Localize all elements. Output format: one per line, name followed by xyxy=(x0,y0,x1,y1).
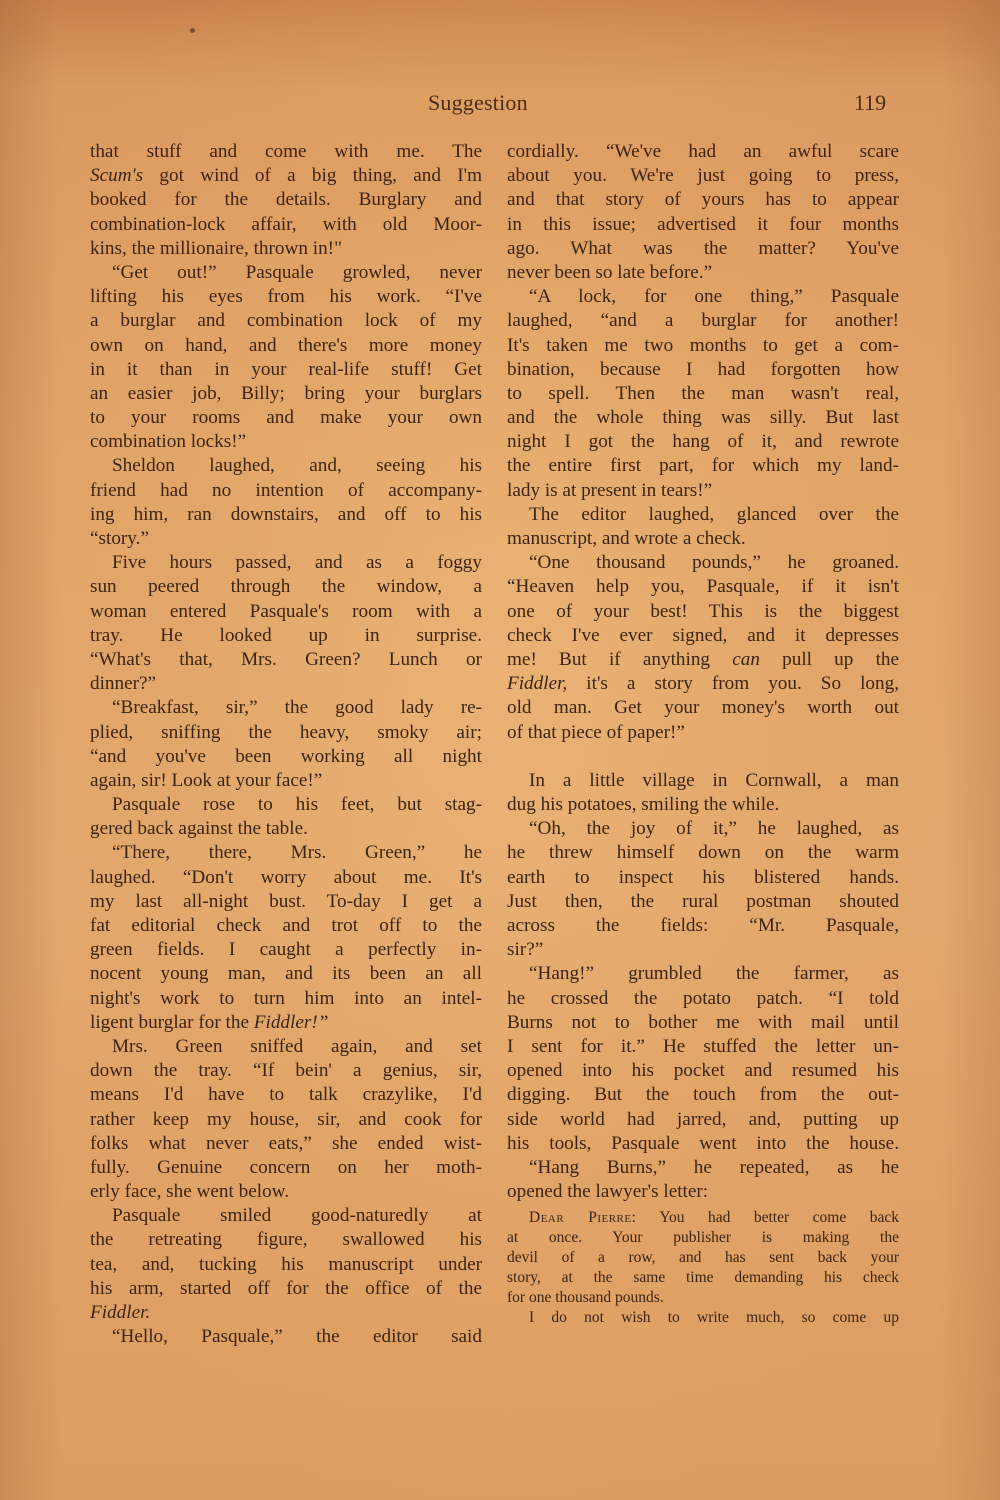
text-line: erly face, she went below. xyxy=(90,1180,482,1204)
text-line: in it than in your real-life stuff! Get xyxy=(90,358,482,382)
text-line: opened the lawyer's letter: xyxy=(507,1180,899,1204)
text-line: laughed, “and a burglar for another! xyxy=(507,309,899,333)
text-line: tea, and, tucking his manuscript under xyxy=(90,1253,482,1277)
text-line: Just then, the rural postman shouted xyxy=(507,890,899,914)
text-line: kins, the millionaire, thrown in!" xyxy=(90,237,482,261)
paragraph-start: “A lock, for one thing,” Pasquale xyxy=(507,285,899,309)
text-line: digging. But the touch from the out- xyxy=(507,1083,899,1107)
text-span: got wind of a big thing, and I'm xyxy=(159,165,482,186)
text-line: booked for the details. Burglary and xyxy=(90,188,482,212)
text-line: green fields. I caught a perfectly in- xyxy=(90,938,482,962)
text-line: laughed. “Don't worry about me. It's xyxy=(90,866,482,890)
text-line: lifting his eyes from his work. “I've xyxy=(90,285,482,309)
text-line: of that piece of paper!” xyxy=(507,721,899,745)
paragraph-start: “Hello, Pasquale,” the editor said xyxy=(90,1325,482,1349)
right-column: cordially. “We've had an awful scare abo… xyxy=(507,140,899,1328)
letter-line: story, at the same time demanding his ch… xyxy=(507,1268,899,1288)
paragraph-start: “One thousand pounds,” he groaned. xyxy=(507,551,899,575)
letter-line: I do not wish to write much, so come up xyxy=(507,1308,899,1328)
text-span: it's a story from you. So long, xyxy=(586,673,899,694)
letter-line: for one thousand pounds. xyxy=(507,1288,899,1308)
text-line: fat editorial check and trot off to the xyxy=(90,914,482,938)
paragraph-start: “Hang Burns,” he repeated, as he xyxy=(507,1156,899,1180)
text-line: ago. What was the matter? You've xyxy=(507,237,899,261)
text-line: the retreating figure, swallowed his xyxy=(90,1228,482,1252)
paragraph-start: “Breakfast, sir,” the good lady re- xyxy=(90,696,482,720)
text-line: side world had jarred, and, putting up xyxy=(507,1108,899,1132)
paragraph-start: “Get out!” Pasquale growled, never xyxy=(90,261,482,285)
text-line: his arm, started off for the office of t… xyxy=(90,1277,482,1301)
running-head: Suggestion 119 xyxy=(0,90,1000,124)
text-line: check I've ever signed, and it depresses xyxy=(507,624,899,648)
paragraph-start: “There, there, Mrs. Green,” he xyxy=(90,841,482,865)
text-line: he threw himself down on the warm xyxy=(507,841,899,865)
italic-title: Scum's xyxy=(90,165,143,186)
text-line: his tools, Pasquale went into the house. xyxy=(507,1132,899,1156)
text-line: me! But if anything can pull up the xyxy=(507,648,899,672)
text-line: night I got the hang of it, and rewrote xyxy=(507,430,899,454)
text-line: lady is at present in tears!” xyxy=(507,479,899,503)
text-line: ing him, ran downstairs, and off to his xyxy=(90,503,482,527)
text-line: folks what never eats,” she ended wist- xyxy=(90,1132,482,1156)
text-line: and that story of yours has to appear xyxy=(507,188,899,212)
text-line: “and you've been working all night xyxy=(90,745,482,769)
text-line: fully. Genuine concern on her moth- xyxy=(90,1156,482,1180)
text-line: ligent burglar for the Fiddler!” xyxy=(90,1011,482,1035)
text-line: nocent young man, and its been an all xyxy=(90,962,482,986)
text-line: rather keep my house, sir, and cook for xyxy=(90,1108,482,1132)
text-line: in this issue; advertised it four months xyxy=(507,213,899,237)
left-column: that stuff and come with me. The Scum's … xyxy=(90,140,482,1349)
text-span: ligent burglar for the xyxy=(90,1012,249,1033)
text-line: It's taken me two months to get a com- xyxy=(507,334,899,358)
text-line: again, sir! Look at your face!” xyxy=(90,769,482,793)
paragraph-start: “Oh, the joy of it,” he laughed, as xyxy=(507,817,899,841)
text-line: tray. He looked up in surprise. xyxy=(90,624,482,648)
text-line: Burns not to bother me with mail until xyxy=(507,1011,899,1035)
text-line: dug his potatoes, smiling the while. xyxy=(507,793,899,817)
text-line: I sent for it.” He stuffed the letter un… xyxy=(507,1035,899,1059)
italic-title: Fiddler. xyxy=(90,1302,150,1323)
text-line: opened into his pocket and resumed his xyxy=(507,1059,899,1083)
text-line: the entire first part, for which my land… xyxy=(507,454,899,478)
text-line: a burglar and combination lock of my xyxy=(90,309,482,333)
paragraph-start: Mrs. Green sniffed again, and set xyxy=(90,1035,482,1059)
text-line: about you. We're just going to press, xyxy=(507,164,899,188)
text-line: and the whole thing was silly. But last xyxy=(507,406,899,430)
book-page: Suggestion 119 that stuff and come with … xyxy=(0,0,1000,1500)
text-line: he crossed the potato patch. “I told xyxy=(507,987,899,1011)
text-line: “What's that, Mrs. Green? Lunch or xyxy=(90,648,482,672)
text-line: combination locks!” xyxy=(90,430,482,454)
text-line: one of your best! This is the biggest xyxy=(507,600,899,624)
paper-blemish xyxy=(190,28,195,33)
text-line: sir?” xyxy=(507,938,899,962)
paragraph-start: Pasquale rose to his feet, but stag- xyxy=(90,793,482,817)
text-line: to spell. Then the man wasn't real, xyxy=(507,382,899,406)
text-line: manuscript, and wrote a check. xyxy=(507,527,899,551)
italic-emphasis: can xyxy=(732,649,760,670)
paragraph-start: Pasquale smiled good-naturedly at xyxy=(90,1204,482,1228)
text-line: Scum's got wind of a big thing, and I'm xyxy=(90,164,482,188)
letter-line: devil of a row, and has sent back your xyxy=(507,1248,899,1268)
letter-line: at once. Your publisher is making the xyxy=(507,1228,899,1248)
text-line: “Heaven help you, Pasquale, if it isn't xyxy=(507,575,899,599)
text-span: pull up the xyxy=(782,649,899,670)
paragraph-start: In a little village in Cornwall, a man xyxy=(507,769,899,793)
text-span: me! But if anything xyxy=(507,649,710,670)
section-break xyxy=(507,745,899,769)
text-line: “story.” xyxy=(90,527,482,551)
text-line: across the fields: “Mr. Pasquale, xyxy=(507,914,899,938)
letter-line: Dear Pierre: You had better come back xyxy=(507,1208,899,1228)
paragraph-start: Five hours passed, and as a foggy xyxy=(90,551,482,575)
text-line: down the tray. “If bein' a genius, sir, xyxy=(90,1059,482,1083)
text-line: my last all-night bust. To-day I get a xyxy=(90,890,482,914)
text-line: own on hand, and there's more money xyxy=(90,334,482,358)
paragraph-start: “Hang!” grumbled the farmer, as xyxy=(507,962,899,986)
italic-title: Fiddler, xyxy=(507,673,567,694)
text-line: bination, because I had forgotten how xyxy=(507,358,899,382)
paragraph-start: Sheldon laughed, and, seeing his xyxy=(90,454,482,478)
text-line: Fiddler, it's a story from you. So long, xyxy=(507,672,899,696)
text-line: friend had no intention of accompany- xyxy=(90,479,482,503)
text-line: dinner?” xyxy=(90,672,482,696)
text-line: Fiddler. xyxy=(90,1301,482,1325)
quoted-letter: Dear Pierre: You had better come back at… xyxy=(507,1204,899,1328)
text-line: that stuff and come with me. The xyxy=(90,140,482,164)
text-line: plied, sniffing the heavy, smoky air; xyxy=(90,721,482,745)
text-span: You had better come back xyxy=(659,1209,899,1226)
letter-salutation: Dear Pierre: xyxy=(529,1209,636,1226)
text-line: sun peered through the window, a xyxy=(90,575,482,599)
text-line: old man. Get your money's worth out xyxy=(507,696,899,720)
chapter-title: Suggestion xyxy=(428,90,528,116)
text-line: an easier job, Billy; bring your burglar… xyxy=(90,382,482,406)
text-line: earth to inspect his blistered hands. xyxy=(507,866,899,890)
page-number: 119 xyxy=(854,90,886,116)
text-line: to your rooms and make your own xyxy=(90,406,482,430)
text-line: woman entered Pasquale's room with a xyxy=(90,600,482,624)
italic-title: Fiddler!” xyxy=(254,1012,329,1033)
text-line: cordially. “We've had an awful scare xyxy=(507,140,899,164)
text-line: means I'd have to talk crazylike, I'd xyxy=(90,1083,482,1107)
text-line: night's work to turn him into an intel- xyxy=(90,987,482,1011)
paragraph-start: The editor laughed, glanced over the xyxy=(507,503,899,527)
text-line: never been so late before.” xyxy=(507,261,899,285)
text-line: combination-lock affair, with old Moor- xyxy=(90,213,482,237)
text-line: gered back against the table. xyxy=(90,817,482,841)
